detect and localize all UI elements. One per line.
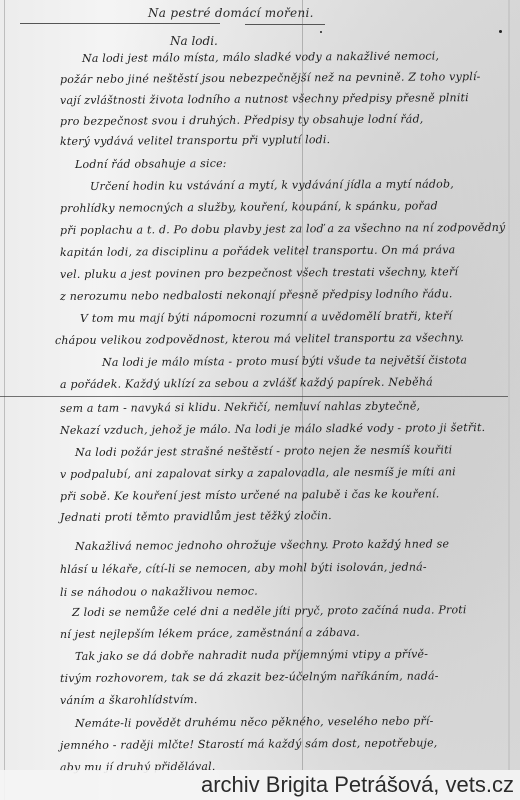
handwritten-line: Nakažlivá nemoc jednoho ohrožuje všechny… bbox=[75, 537, 449, 553]
handwritten-line: vají zvláštnosti života lodního a nutnos… bbox=[60, 91, 469, 107]
watermark-caption: archiv Brigita Petrášová, vets.cz bbox=[201, 770, 514, 800]
handwritten-line: při sobě. Ke kouření jest místo určené n… bbox=[60, 487, 439, 503]
handwritten-line: vel. pluku a jest povinen pro bezpečnost… bbox=[60, 265, 458, 281]
handwritten-line: chápou velikou zodpovědnost, kterou má v… bbox=[55, 331, 464, 347]
handwritten-line: Nemáte-li povědět druhému něco pěkného, … bbox=[75, 714, 434, 730]
handwritten-text-body: Na lodi jest málo místa, málo sladké vod… bbox=[0, 0, 520, 770]
handwritten-line: hlásí u lékaře, cítí-li se nemocen, aby … bbox=[60, 560, 427, 576]
handwritten-line: Na lodi je málo místa - proto musí býti … bbox=[102, 353, 467, 369]
handwritten-line: který vydává velitel transportu při vypl… bbox=[60, 133, 330, 148]
handwritten-line: Určení hodin ku vstávání a mytí, k vydáv… bbox=[90, 177, 454, 193]
handwritten-line: z nerozumu nebo nedbalosti nekonají přes… bbox=[60, 287, 453, 303]
handwritten-line: Jednati proti těmto pravidlům jest těžký… bbox=[60, 509, 332, 524]
handwritten-line: Na lodi jest málo místa, málo sladké vod… bbox=[82, 50, 439, 65]
handwritten-line: při poplachu a t. d. Po dobu plavby jest… bbox=[60, 221, 506, 237]
handwritten-line: váním a škarohlídstvím. bbox=[60, 693, 198, 707]
handwritten-line: Z lodi se nemůže celé dni a neděle jíti … bbox=[72, 603, 467, 619]
scanned-document-page: Na pestré domácí mořeni. Na lodi. Na lod… bbox=[0, 0, 520, 800]
handwritten-line: požár nebo jiné neštěstí jsou nebezpečně… bbox=[60, 70, 481, 86]
handwritten-line: li se náhodou o nakažlivou nemoc. bbox=[60, 585, 258, 599]
handwritten-line: v podpalubí, ani zapalovat sirky a zapal… bbox=[60, 465, 456, 481]
handwritten-line: a pořádek. Každý uklízí za sebou a zvláš… bbox=[60, 375, 433, 391]
handwritten-line: V tom mu mají býti nápomocni rozumní a u… bbox=[80, 309, 452, 325]
handwritten-line: pro bezpečnost svou i druhých. Předpisy … bbox=[60, 112, 424, 128]
handwritten-line: Na lodi požár jest strašné neštěstí - pr… bbox=[75, 443, 452, 459]
handwritten-line: Lodní řád obsahuje a sice: bbox=[75, 157, 227, 171]
handwritten-line: Nekazí vzduch, jehož je málo. Na lodi je… bbox=[60, 421, 485, 437]
handwritten-line: prohlídky nemocných a služby, kouření, k… bbox=[60, 199, 438, 215]
handwritten-line: jemného - raději mlčte! Starostí má každ… bbox=[60, 736, 438, 752]
handwritten-line: Tak jako se dá dobře nahradit nuda příje… bbox=[75, 648, 428, 663]
handwritten-line: ní jest nejlepším lékem práce, zaměstnán… bbox=[60, 626, 360, 641]
handwritten-line: sem a tam - navyká si klidu. Nekřičí, ne… bbox=[60, 399, 420, 415]
handwritten-line: kapitán lodi, za disciplinu a pořádek ve… bbox=[60, 243, 455, 259]
handwritten-line: tivým rozhovorem, tak se dá zkazit bez-ú… bbox=[60, 669, 439, 685]
